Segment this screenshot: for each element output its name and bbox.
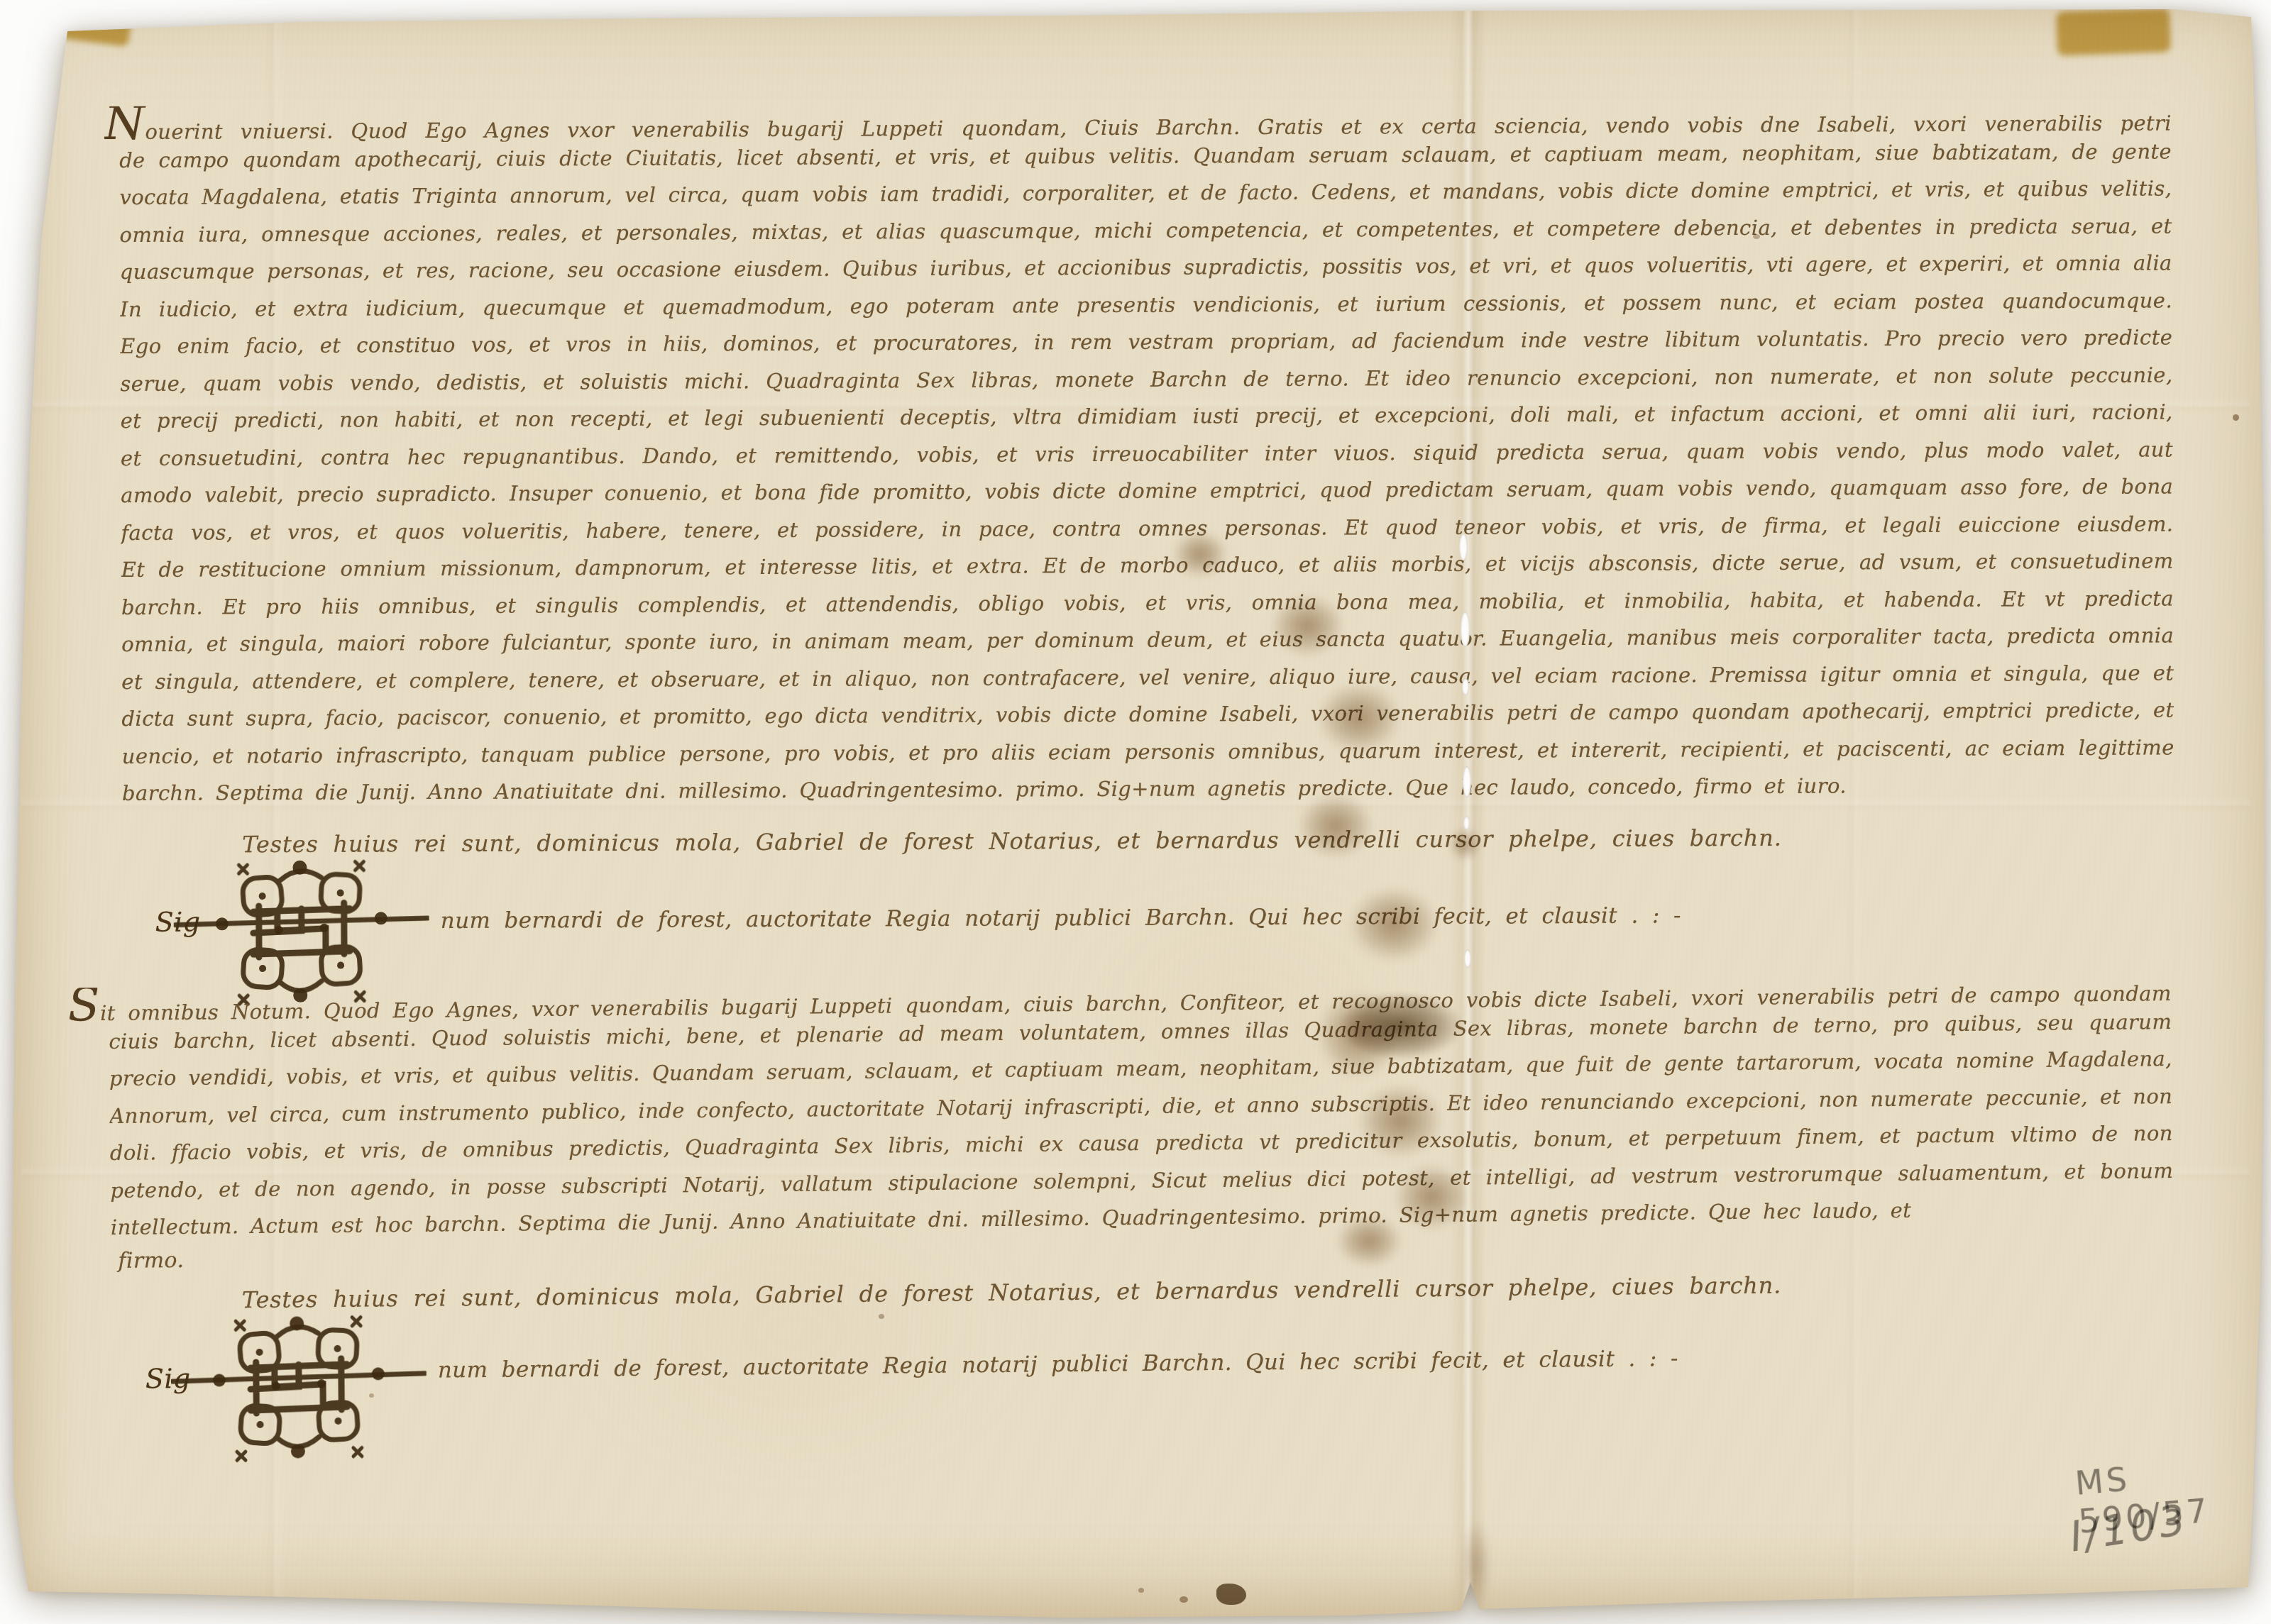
speck: [1138, 1588, 1144, 1593]
photograph-of-charter: Nouerint vniuersi. Quod Ego Agnes vxor v…: [0, 0, 2271, 1624]
speck: [1753, 234, 1760, 239]
speck: [369, 1393, 374, 1398]
speck: [879, 1314, 884, 1319]
fold-hole: [1461, 612, 1470, 647]
parchment-sheet: Nouerint vniuersi. Quod Ego Agnes vxor v…: [0, 0, 2271, 1624]
charter2-block: Sit omnibus Notum. Quod Ego Agnes, vxor …: [0, 0, 2271, 1624]
speck: [1180, 1596, 1188, 1603]
fold-hole: [1463, 766, 1471, 797]
fold-hole: [1463, 816, 1470, 830]
speck: [2233, 414, 2239, 421]
parchment-wrap: Nouerint vniuersi. Quod Ego Agnes vxor v…: [0, 0, 2271, 1624]
manuscript-line: firmo.: [118, 1248, 184, 1274]
fold-hole: [1464, 949, 1471, 968]
notarial-knot-icon: [170, 1311, 427, 1476]
notary-subscription: num bernardi de forest, auctoritate Regi…: [438, 1346, 1678, 1383]
fold-hole: [1462, 678, 1469, 695]
ink-scribble: [1216, 1584, 1246, 1605]
fold-hole: [1459, 534, 1468, 560]
witness-clause: Testes huius rei sunt, dominicus mola, G…: [242, 1271, 1782, 1313]
damp-stain: [16, 68, 50, 112]
